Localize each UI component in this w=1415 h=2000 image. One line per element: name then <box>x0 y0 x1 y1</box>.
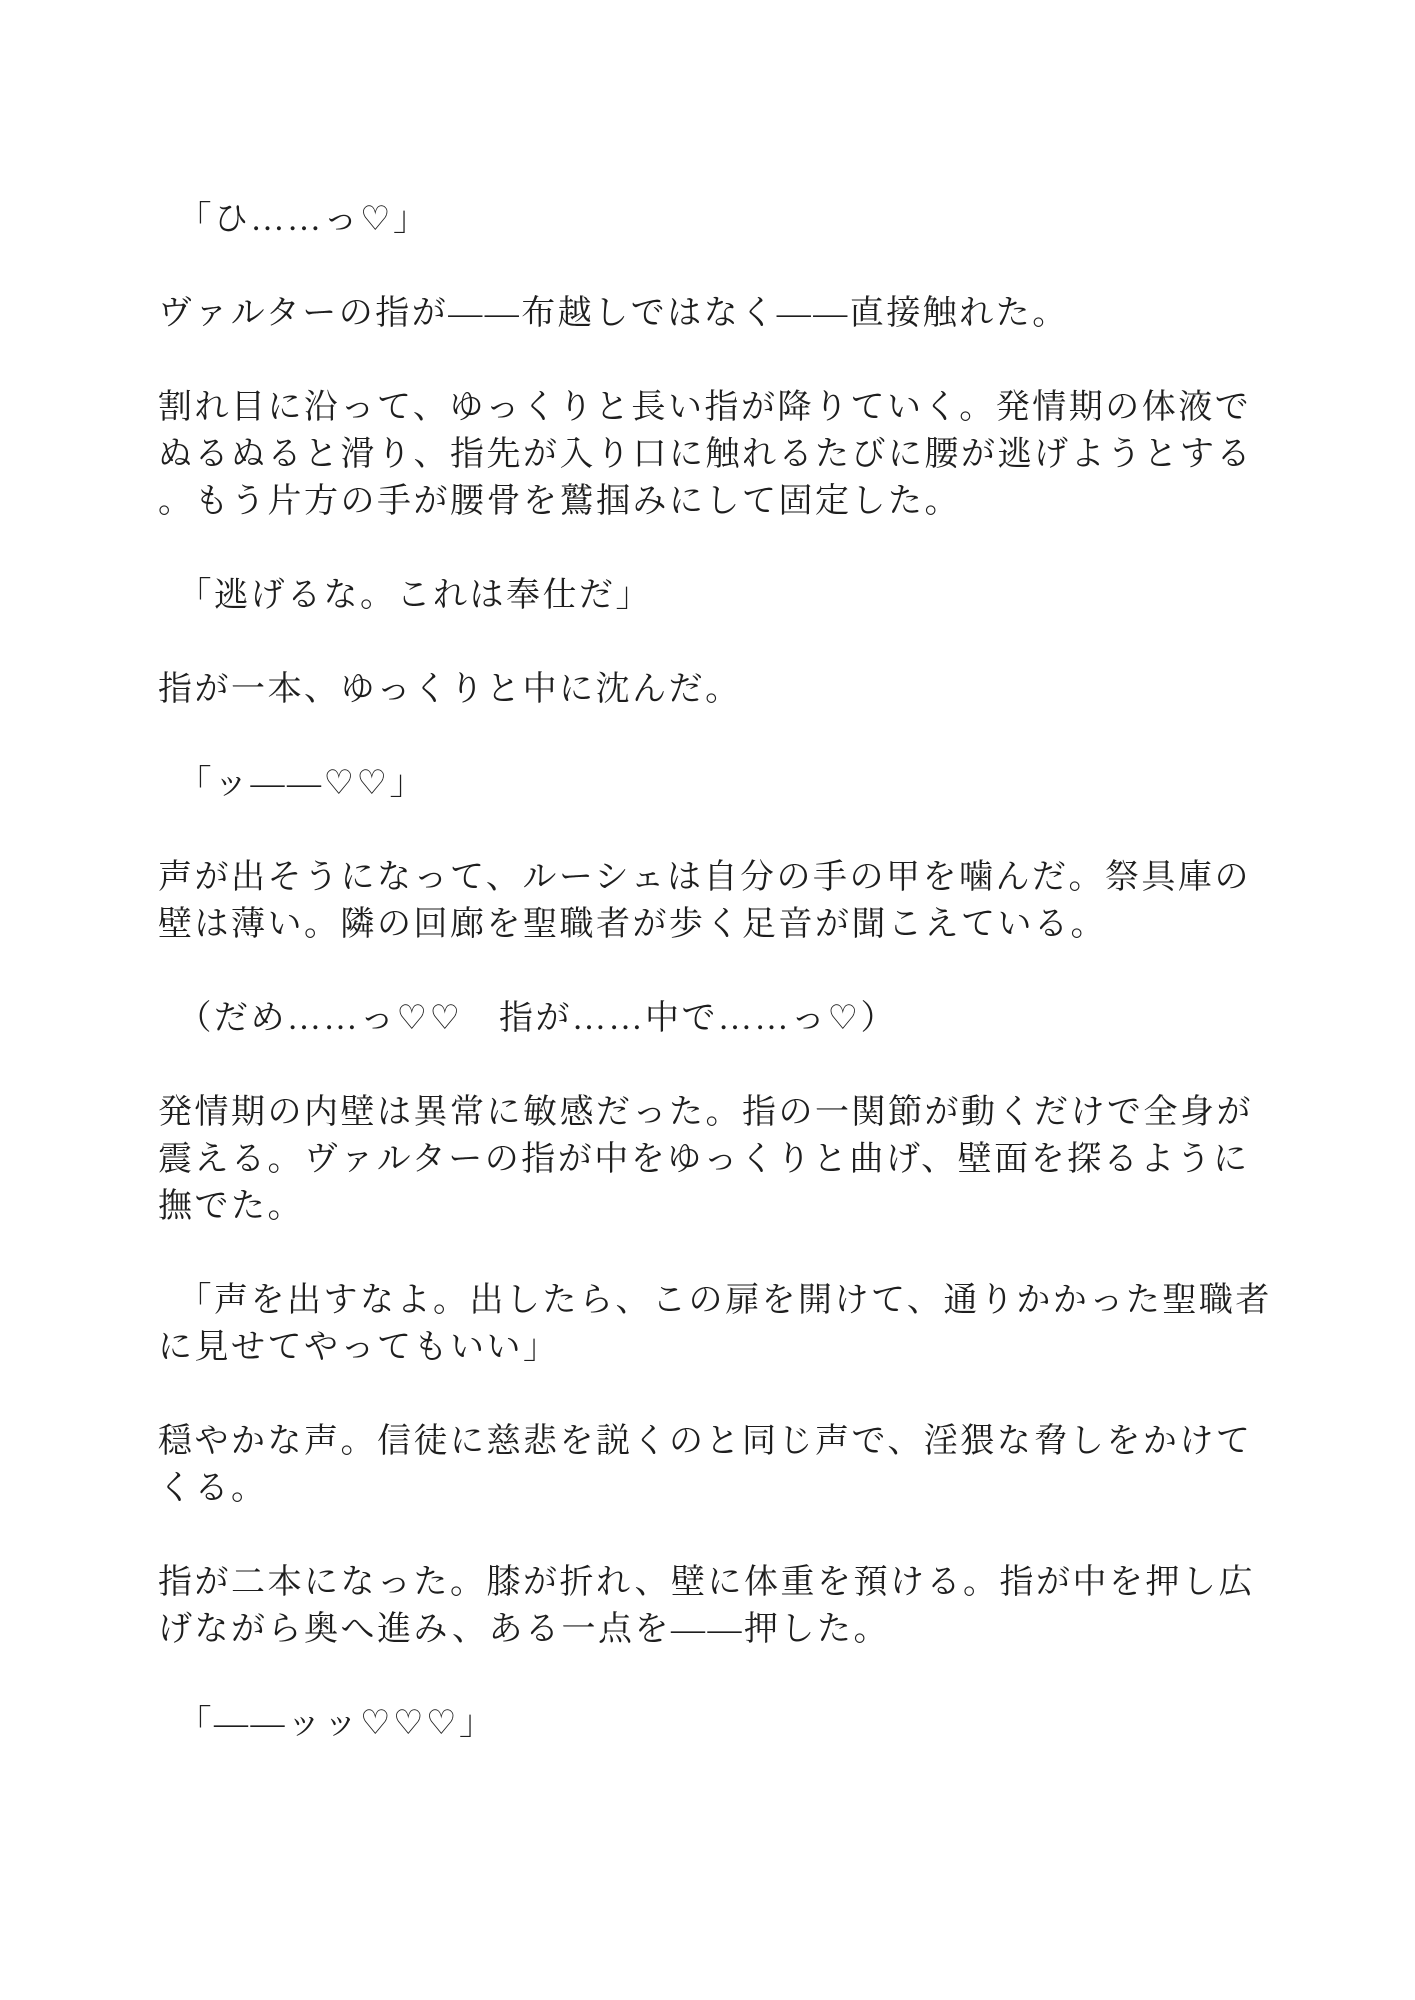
dialogue-paragraph: 「逃げるな。これは奉仕だ」 <box>158 572 1327 619</box>
narration-paragraph: 指が一本、ゆっくりと中に沈んだ。 <box>158 666 1327 713</box>
narration-paragraph: 割れ目に沿って、ゆっくりと長い指が降りていく。発情期の体液で ぬるぬると滑り、指… <box>158 384 1327 525</box>
narration-paragraph: 声が出そうになって、ルーシェは自分の手の甲を噛んだ。祭具庫の 壁は薄い。隣の回廊… <box>158 854 1327 948</box>
dialogue-paragraph: 「ッ——♡♡」 <box>158 760 1327 807</box>
narration-paragraph: 穏やかな声。信徒に慈悲を説くのと同じ声で、淫猥な脅しをかけて くる。 <box>158 1418 1327 1512</box>
narration-paragraph: ヴァルターの指が——布越しではなく——直接触れた。 <box>158 290 1327 337</box>
dialogue-paragraph: 「ひ……っ♡」 <box>158 196 1327 243</box>
inner-thought-paragraph: （だめ……っ♡♡ 指が……中で……っ♡） <box>158 995 1327 1042</box>
narration-paragraph: 発情期の内壁は異常に敏感だった。指の一関節が動くだけで全身が 震える。ヴァルター… <box>158 1089 1327 1230</box>
document-page: 「ひ……っ♡」 ヴァルターの指が——布越しではなく——直接触れた。 割れ目に沿っ… <box>0 0 1415 2000</box>
narration-paragraph: 指が二本になった。膝が折れ、壁に体重を預ける。指が中を押し広 げながら奥へ進み、… <box>158 1559 1327 1653</box>
dialogue-paragraph: 「——ッッ♡♡♡」 <box>158 1700 1327 1747</box>
dialogue-paragraph: 「声を出すなよ。出したら、この扉を開けて、通りかかった聖職者 に見せてやってもい… <box>158 1277 1327 1371</box>
